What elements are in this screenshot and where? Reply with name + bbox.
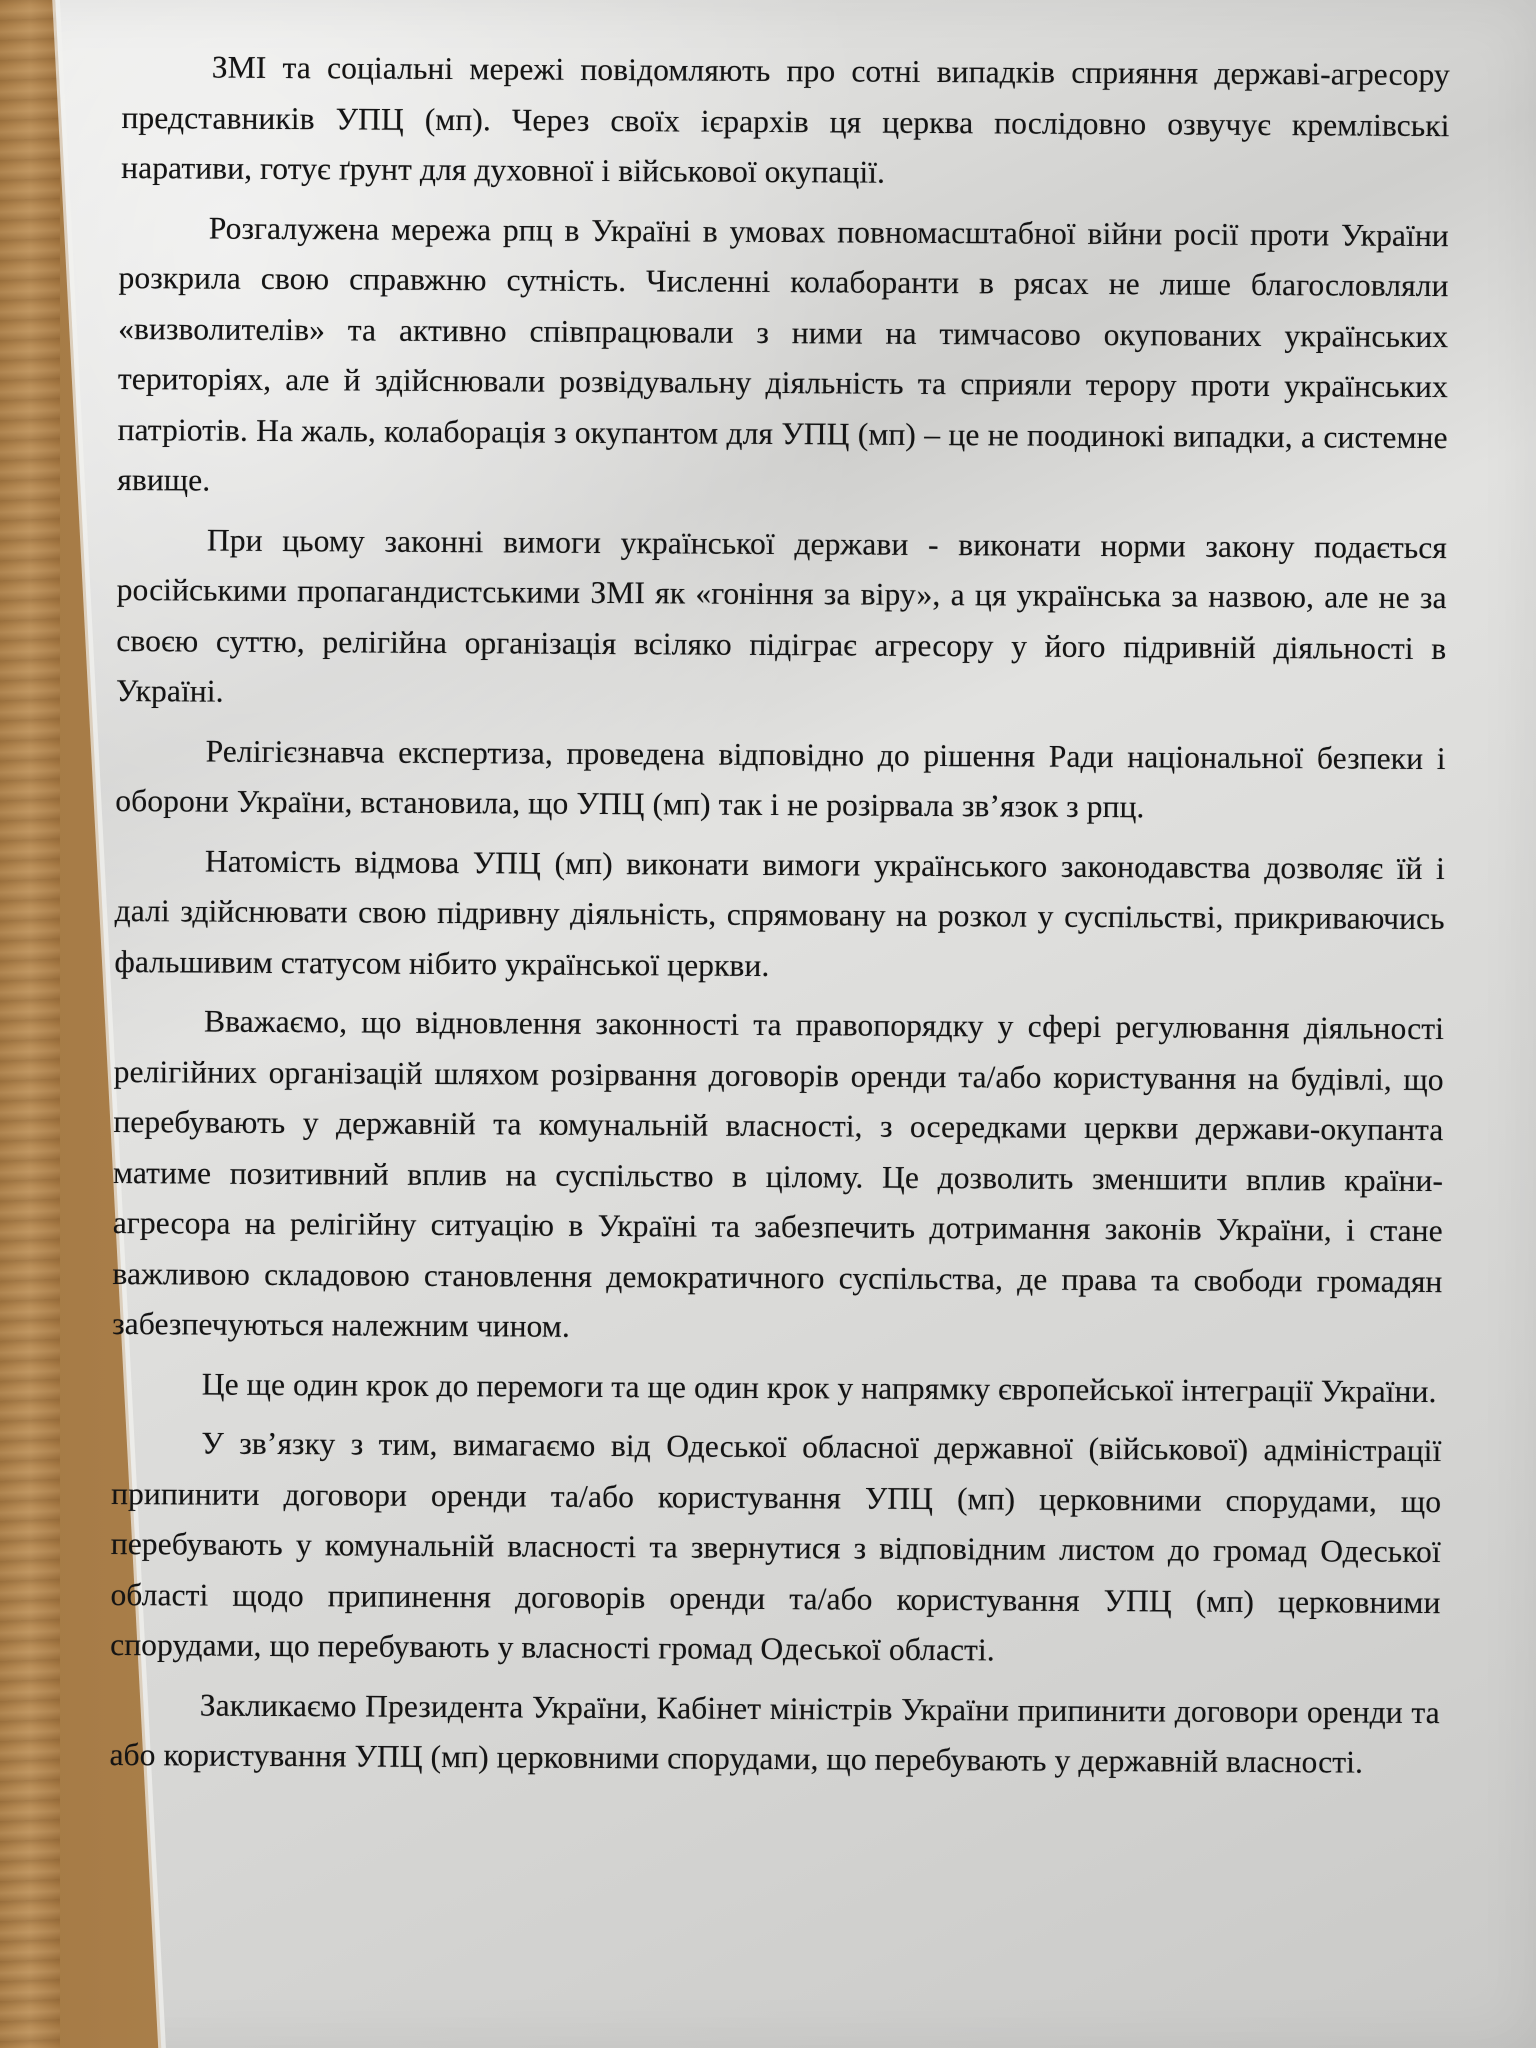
paragraph-legal-demands: При цьому законні вимоги української дер… — [116, 514, 1447, 724]
paragraph-refusal: Натомість відмова УПЦ (мп) виконати вимо… — [114, 835, 1445, 995]
paragraph-european-integration: Це ще один крок до перемоги та ще один к… — [112, 1358, 1442, 1417]
paragraph-rpc-network: Розгалужена мережа рпц в Україні в умова… — [117, 202, 1449, 513]
paragraph-demand-odesa-administration: У зв’язку з тим, вимагаємо від Одеської … — [110, 1418, 1442, 1679]
document-body: ЗМІ та соціальні мережі повідомляють про… — [109, 42, 1450, 1789]
paragraph-religious-expertise: Релігієзнавча експертиза, проведена відп… — [115, 725, 1446, 834]
paragraph-media-reports: ЗМІ та соціальні мережі повідомляють про… — [119, 42, 1450, 202]
wooden-table-background — [0, 0, 60, 2048]
paragraph-appeal-president: Закликаємо Президента України, Кабінет м… — [109, 1679, 1440, 1788]
paragraph-restoring-legality: Вважаємо, що відновлення законності та п… — [112, 996, 1444, 1358]
